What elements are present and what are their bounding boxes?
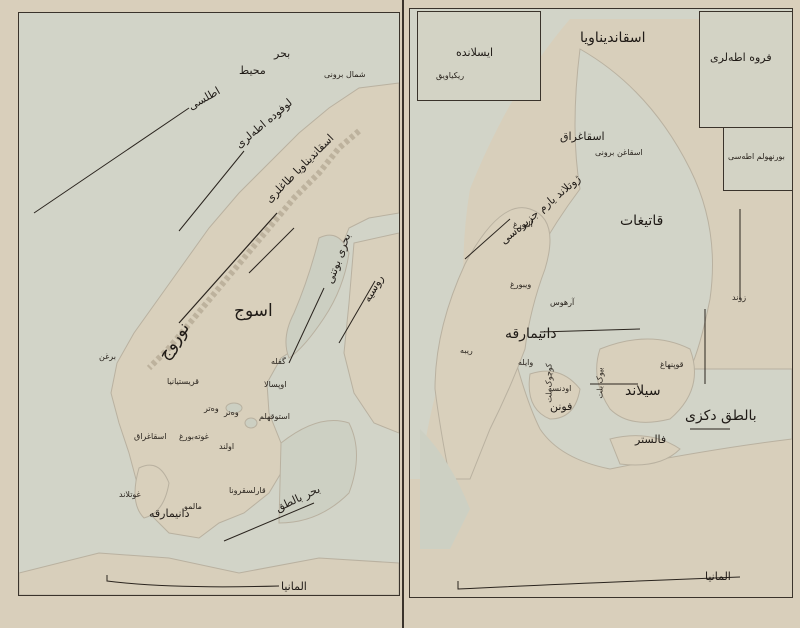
label-bergen: برغن	[99, 353, 116, 361]
label-faroe: فروه اطه‌لری	[710, 52, 772, 63]
label-oland: اولند	[219, 443, 234, 451]
label-north-cape: شمال برونی	[324, 71, 366, 79]
bornholm-inset: بورنهولم اطه‌سی	[723, 127, 793, 191]
label-stockholm: استوقهلم	[259, 413, 290, 421]
label-aalborg: آلبورغ	[513, 221, 533, 229]
label-germany: المانیا	[705, 571, 731, 582]
label-bornholm: بورنهولم اطه‌سی	[728, 153, 785, 161]
label-gotland: غوتلاند	[119, 491, 141, 499]
label-gefle: گفله	[271, 358, 286, 366]
label-ocean-1: بحر	[274, 48, 290, 59]
label-denmark: دانیمارقه	[505, 327, 557, 341]
label-vejle: وایله	[518, 359, 533, 367]
label-karlskrona: قارلسقرونا	[229, 487, 266, 495]
label-skagerrak: اسقاغراق	[134, 433, 166, 441]
label-little-belt: کوچوک بلت	[546, 363, 554, 402]
faroe-inset: فروه اطه‌لری	[699, 11, 793, 128]
label-iceland: ایسلانده	[456, 47, 493, 58]
label-scandinavia: اسقاندیناویا	[580, 31, 646, 45]
label-skagen: اسقاغن برونی	[595, 149, 643, 157]
label-denmark: دانیمارقه	[149, 508, 190, 519]
label-aarhus: آرهوس	[550, 299, 574, 307]
denmark-map-panel: ایسلانده ریکیاویق فروه اطه‌لری بورنهولم …	[409, 8, 793, 598]
label-reykjavik: ریکیاویق	[436, 72, 464, 80]
label-vetter: وه‌تر	[204, 405, 219, 413]
map-sheet: بحر محیط اطلسی شمال برونی لوفوده اطه‌لری…	[0, 0, 800, 628]
label-sweden: اسوج	[234, 303, 273, 320]
label-great-belt: بیوک بلت	[597, 367, 605, 398]
label-vener: وه‌نر	[224, 409, 239, 417]
label-sound: زوند	[732, 294, 746, 302]
label-copenhagen: قوپنهاغ	[660, 361, 684, 369]
label-viborg: ویبورغ	[510, 281, 531, 289]
label-ocean-2: محیط	[239, 65, 266, 76]
label-baltic: بالطق دکزی	[685, 409, 757, 423]
label-germany: المانیا	[281, 581, 307, 592]
label-ribe: ریبه	[460, 347, 473, 355]
panel-divider	[402, 0, 404, 628]
iceland-inset: ایسلانده ریکیاویق	[417, 11, 541, 101]
label-kattegat: قاتیغات	[620, 214, 663, 228]
label-christiania: قریستیانیا	[167, 378, 199, 386]
label-falster: فالستر	[635, 434, 666, 445]
label-upsala: اوپسالا	[264, 381, 286, 389]
label-skagerrak: اسقاغراق	[560, 131, 605, 142]
label-goteborg: غوته‌بورغ	[179, 433, 209, 441]
label-zealand: سیلاند	[625, 384, 661, 398]
scandinavia-map-panel: بحر محیط اطلسی شمال برونی لوفوده اطه‌لری…	[18, 12, 400, 596]
